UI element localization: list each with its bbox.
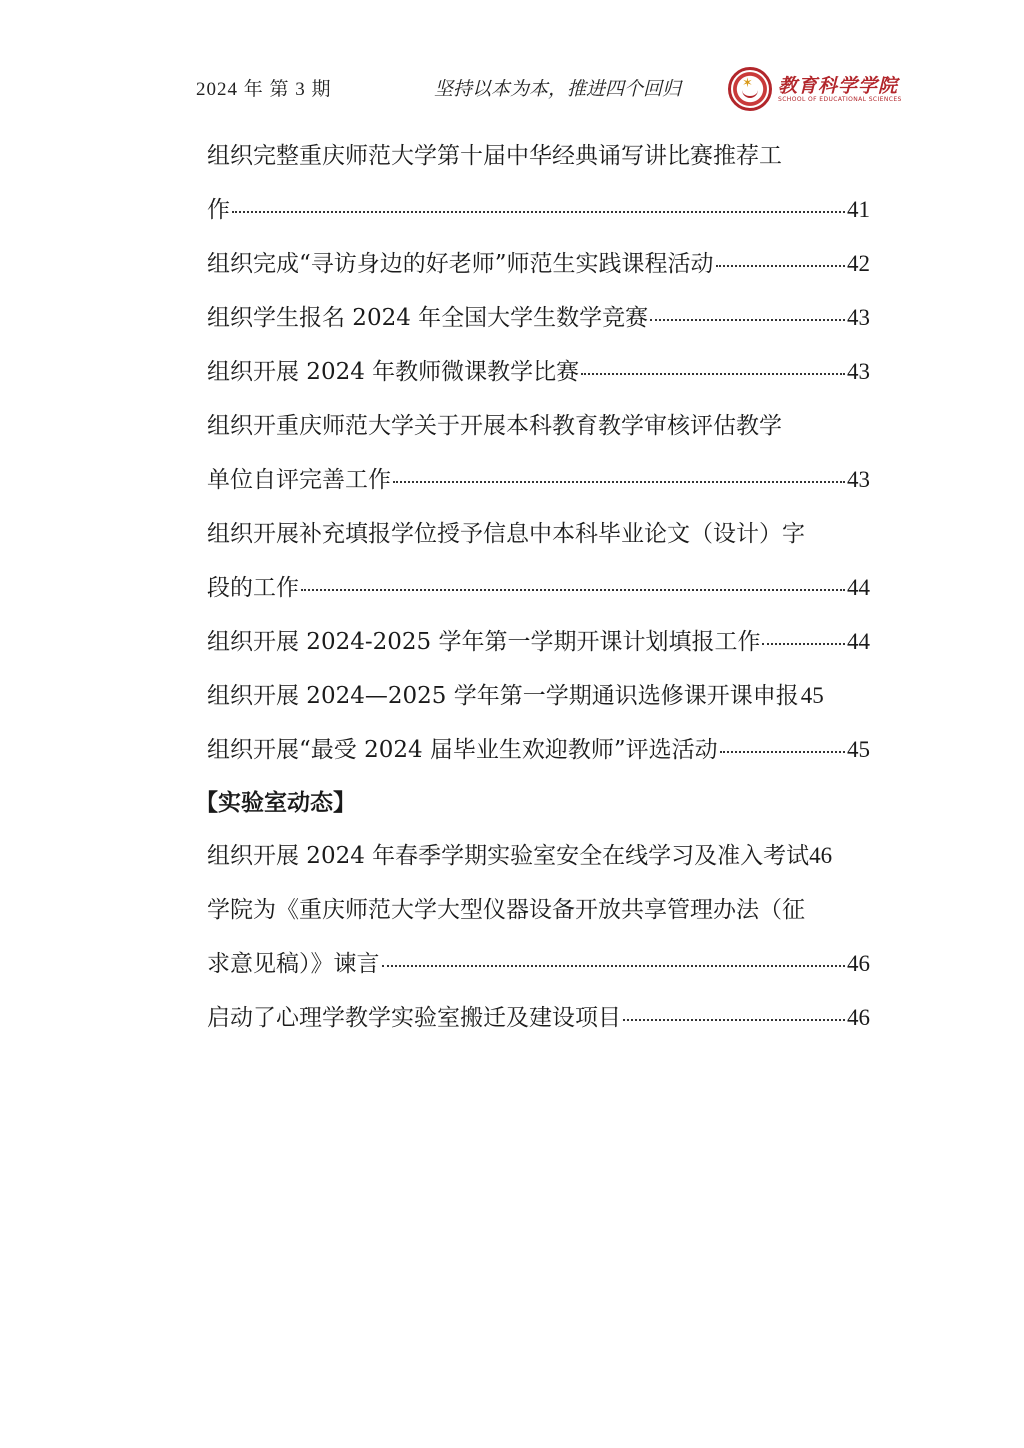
- page-number: 43: [847, 291, 870, 345]
- toc-entry-text: 组织开展补充填报学位授予信息中本科毕业论文（设计）字: [207, 507, 805, 561]
- page-number: 46: [847, 991, 870, 1045]
- page-number: 43: [847, 453, 870, 507]
- leader-dots: [623, 1019, 845, 1021]
- school-name-en: SCHOOL OF EDUCATIONAL SCIENCES: [778, 96, 902, 103]
- toc-entry-text: 组织开展 2024 年教师微课教学比赛: [207, 345, 579, 399]
- toc-entry-text: 组织完整重庆师范大学第十届中华经典诵写讲比赛推荐工: [207, 129, 782, 183]
- page-number: 43: [847, 345, 870, 399]
- toc-entry-text: 组织学生报名 2024 年全国大学生数学竞赛: [207, 291, 648, 345]
- book-icon: [742, 89, 758, 98]
- toc-entry-text: 组织完成“寻访身边的好老师”师范生实践课程活动: [207, 237, 714, 291]
- toc-entry-line[interactable]: 作41: [207, 183, 870, 237]
- toc-entry[interactable]: 组织开展 2024 年春季学期实验室安全在线学习及准入考试46: [207, 829, 870, 883]
- section-heading-lab-news: 【实验室动态】: [195, 777, 870, 829]
- leader-dots: [393, 481, 845, 483]
- toc-entry-text: 组织开展“最受 2024 届毕业生欢迎教师”评选活动: [207, 723, 718, 777]
- toc-entry[interactable]: 组织开展 2024 年教师微课教学比赛43: [207, 345, 870, 399]
- toc-entry-line[interactable]: 组织开展补充填报学位授予信息中本科毕业论文（设计）字: [207, 507, 870, 561]
- toc-entry[interactable]: 组织开展“最受 2024 届毕业生欢迎教师”评选活动45: [207, 723, 870, 777]
- leader-dots: [581, 373, 845, 375]
- toc-entry-text: 组织开重庆师范大学关于开展本科教育教学审核评估教学: [207, 399, 782, 453]
- leader-dots: [650, 319, 845, 321]
- school-name-cn: 教育科学学院: [778, 71, 898, 98]
- page-number: 45: [847, 723, 870, 777]
- toc-entry-text: 学院为《重庆师范大学大型仪器设备开放共享管理办法（征: [207, 883, 805, 937]
- toc-entry-line[interactable]: 组织开重庆师范大学关于开展本科教育教学审核评估教学: [207, 399, 870, 453]
- toc-entry[interactable]: 启动了心理学教学实验室搬迁及建设项目46: [207, 991, 870, 1045]
- page-number: 41: [847, 183, 870, 237]
- table-of-contents: 组织完整重庆师范大学第十届中华经典诵写讲比赛推荐工 作41 组织完成“寻访身边的…: [207, 129, 870, 1045]
- toc-entry[interactable]: 组织完成“寻访身边的好老师”师范生实践课程活动42: [207, 237, 870, 291]
- page-number: 46: [847, 937, 870, 991]
- leader-dots: [716, 265, 845, 267]
- page-number: 45: [801, 669, 824, 723]
- toc-entry-text: 段的工作: [207, 561, 299, 615]
- issue-label: 2024 年 第 3 期: [196, 74, 332, 101]
- leader-dots: [382, 965, 846, 967]
- leader-dots: [762, 643, 845, 645]
- toc-entry[interactable]: 组织学生报名 2024 年全国大学生数学竞赛43: [207, 291, 870, 345]
- leader-dots: [232, 211, 845, 213]
- toc-entry-text: 组织开展 2024—2025 学年第一学期通识选修课开课申报: [207, 669, 799, 723]
- motto: 坚持以本为本，推进四个回归: [434, 74, 681, 101]
- page-number: 44: [847, 615, 870, 669]
- page-header: 2024 年 第 3 期 坚持以本为本，推进四个回归 ✶ 教育科学学院 SCHO…: [196, 66, 906, 114]
- toc-entry-line[interactable]: 求意见稿）》谏言46: [207, 937, 870, 991]
- page-number: 46: [809, 829, 832, 883]
- toc-entry[interactable]: 组织开展 2024-2025 学年第一学期开课计划填报工作44: [207, 615, 870, 669]
- toc-entry-line[interactable]: 组织完整重庆师范大学第十届中华经典诵写讲比赛推荐工: [207, 129, 870, 183]
- toc-entry-line[interactable]: 学院为《重庆师范大学大型仪器设备开放共享管理办法（征: [207, 883, 870, 937]
- school-logo: ✶ 教育科学学院 SCHOOL OF EDUCATIONAL SCIENCES: [726, 66, 906, 114]
- toc-entry-text: 启动了心理学教学实验室搬迁及建设项目: [207, 991, 621, 1045]
- toc-entry-text: 组织开展 2024 年春季学期实验室安全在线学习及准入考试: [207, 829, 809, 883]
- school-emblem-icon: ✶: [728, 67, 772, 111]
- toc-entry-text: 作: [207, 183, 230, 237]
- toc-entry-text: 组织开展 2024-2025 学年第一学期开课计划填报工作: [207, 615, 760, 669]
- page-number: 42: [847, 237, 870, 291]
- toc-entry[interactable]: 组织开展 2024—2025 学年第一学期通识选修课开课申报45: [207, 669, 870, 723]
- leader-dots: [301, 589, 845, 591]
- toc-entry-line[interactable]: 段的工作44: [207, 561, 870, 615]
- toc-entry-text: 单位自评完善工作: [207, 453, 391, 507]
- page-number: 44: [847, 561, 870, 615]
- leader-dots: [720, 751, 845, 753]
- toc-entry-text: 求意见稿）》谏言: [207, 937, 380, 991]
- toc-entry-line[interactable]: 单位自评完善工作43: [207, 453, 870, 507]
